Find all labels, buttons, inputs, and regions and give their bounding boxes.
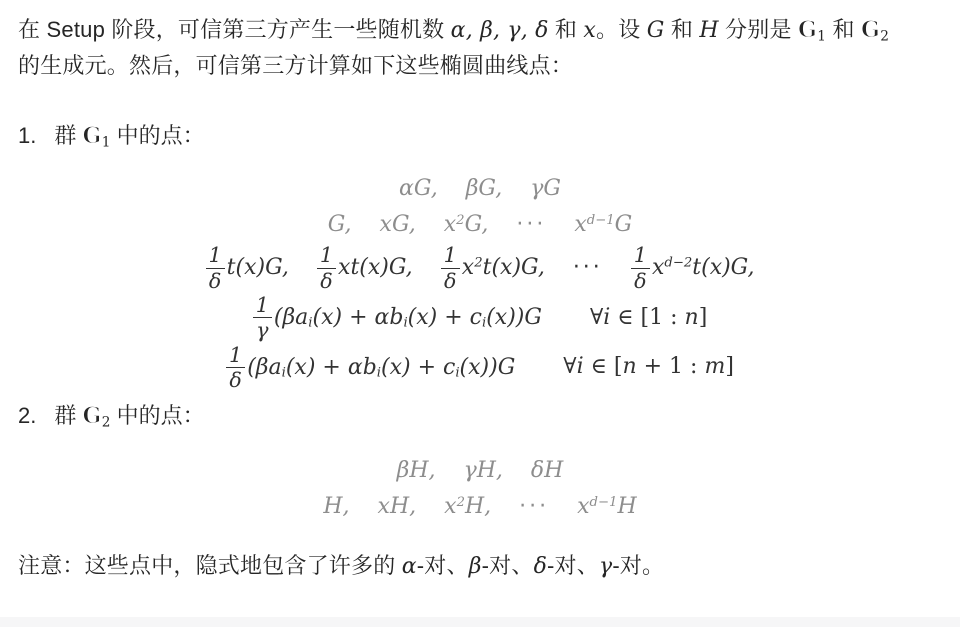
exponent: 2 bbox=[457, 495, 465, 510]
group-G1-symbol: G1 bbox=[798, 17, 826, 42]
cjk-segment: 中的点： bbox=[110, 403, 204, 428]
cjk-segment: 和 bbox=[549, 17, 584, 42]
numerator: 1 bbox=[253, 294, 272, 318]
range-start-var: n bbox=[622, 354, 636, 379]
numerator: 1 bbox=[226, 344, 245, 368]
denominator: δ bbox=[317, 269, 336, 292]
math-row-t-of-x-fractions: 1δt(x)G,1δxt(x)G,1δx2t(x)G,···1δxd−2t(x)… bbox=[0, 244, 960, 292]
cjk-segment: 阶段，可信第三方产生一些随机数 bbox=[105, 17, 451, 42]
cjk-segment: 分别是 bbox=[719, 17, 798, 42]
numerator: 1 bbox=[317, 244, 336, 268]
cjk-segment: 注意：这些点中，隐式地包含了许多的 bbox=[18, 553, 402, 578]
group-G2-symbol: G2 bbox=[861, 17, 889, 42]
close-bracket: ] bbox=[699, 305, 708, 330]
pair-suffix: -对、 bbox=[547, 553, 599, 578]
math-term: βG, bbox=[466, 172, 503, 206]
cjk-segment: 的生成元。然后，可信第三方计算如下这些椭圆曲线点： bbox=[18, 53, 573, 78]
fraction: 1δ bbox=[317, 244, 336, 292]
numerator: 1 bbox=[206, 244, 225, 268]
combination-expression: 1δ(βai(x) + αbi(x) + ci(x))G bbox=[226, 344, 515, 392]
math-term: xd−1H bbox=[577, 490, 637, 524]
exponent: 2 bbox=[456, 213, 464, 228]
segment: (βa bbox=[247, 354, 281, 379]
ellipsis: ··· bbox=[516, 208, 546, 242]
base: x bbox=[652, 255, 664, 280]
tail: t(x)G, bbox=[227, 255, 289, 280]
math-term: γG bbox=[530, 172, 561, 206]
group-G1-symbol: G1 bbox=[82, 123, 110, 148]
segment: (x))G bbox=[460, 354, 516, 379]
math-row-gamma-combination: 1γ(βai(x) + αbi(x) + ci(x))G∀i ∈ [1 : n] bbox=[0, 294, 960, 342]
fraction: 1δ bbox=[226, 344, 245, 392]
forall-symbol: ∀ bbox=[590, 305, 603, 330]
range-start: 1 : bbox=[649, 305, 684, 330]
math-term: αG, bbox=[399, 172, 438, 206]
numerator: 1 bbox=[631, 244, 650, 268]
blackboard-G: G bbox=[82, 123, 101, 149]
range-end-var: m bbox=[704, 354, 725, 379]
pair-suffix: -对。 bbox=[612, 553, 664, 578]
segment: (x) + c bbox=[381, 354, 455, 379]
math-term: xG, bbox=[380, 208, 416, 242]
math-term: 1δxd−2t(x)G, bbox=[631, 244, 755, 292]
numerator: 1 bbox=[441, 244, 460, 268]
math-term: 1δt(x)G, bbox=[206, 244, 289, 292]
math-term: xd−1G bbox=[574, 208, 632, 242]
math-term: γH, bbox=[464, 454, 503, 488]
quantifier-range: ∀i ∈ [n + 1 : m] bbox=[563, 354, 734, 379]
tail: t(x)G, bbox=[483, 255, 545, 280]
in-bracket: ∈ [ bbox=[610, 305, 649, 330]
close-bracket: ] bbox=[725, 354, 734, 379]
bottom-strip bbox=[0, 617, 960, 627]
tail: H bbox=[617, 494, 636, 519]
fraction: 1δ bbox=[631, 244, 650, 292]
fraction: 1δ bbox=[441, 244, 460, 292]
generator-H: H bbox=[699, 18, 718, 43]
cjk-segment: 在 bbox=[18, 17, 47, 42]
greek-beta: β bbox=[469, 554, 482, 579]
blackboard-G: G bbox=[82, 403, 101, 429]
note-paragraph: 注意：这些点中，隐式地包含了许多的 α-对、β-对、δ-对、γ-对。 bbox=[18, 548, 950, 584]
g2-points-math: βH,γH,δH H,xH,x2H,···xd−1H bbox=[0, 452, 960, 526]
quantifier-range: ∀i ∈ [1 : n] bbox=[590, 305, 707, 330]
exponent: d−1 bbox=[590, 495, 618, 510]
math-term: G, bbox=[328, 208, 352, 242]
in-bracket: ∈ [ bbox=[584, 354, 623, 379]
exponent: 2 bbox=[474, 256, 482, 271]
math-row-power-multiples: H,xH,x2H,···xd−1H bbox=[0, 490, 960, 524]
tail: H, bbox=[465, 494, 491, 519]
blackboard-G: G bbox=[861, 17, 880, 43]
pair-suffix: -对、 bbox=[417, 553, 469, 578]
segment: (x))G bbox=[486, 305, 542, 330]
greek-random-vars: α, β, γ, δ bbox=[451, 18, 549, 43]
combination-expression: 1γ(βai(x) + αbi(x) + ci(x))G bbox=[253, 294, 542, 342]
group-subscript: 1 bbox=[817, 28, 826, 44]
item-number: 2. bbox=[18, 402, 36, 431]
setup-word: Setup bbox=[47, 17, 106, 42]
math-term: H, bbox=[323, 490, 349, 524]
fraction: 1δ bbox=[206, 244, 225, 292]
group-G2-symbol: G2 bbox=[82, 403, 110, 428]
base: x bbox=[462, 255, 474, 280]
index-var: i bbox=[577, 354, 584, 379]
item-number: 1. bbox=[18, 122, 36, 151]
denominator: γ bbox=[253, 318, 272, 341]
range-middle: + 1 : bbox=[637, 354, 705, 379]
math-row-greek-multiples: αG,βG,γG bbox=[0, 172, 960, 206]
tail: xt(x)G, bbox=[338, 255, 413, 280]
denominator: δ bbox=[441, 269, 460, 292]
base: x bbox=[577, 494, 589, 519]
denominator: δ bbox=[631, 269, 650, 292]
intro-paragraph: 在 Setup 阶段，可信第三方产生一些随机数 α, β, γ, δ 和 x。设… bbox=[18, 12, 950, 83]
cjk-segment: 和 bbox=[826, 17, 861, 42]
greek-delta: δ bbox=[534, 554, 547, 579]
segment: (x) + αb bbox=[286, 354, 377, 379]
math-term: δH bbox=[531, 454, 563, 488]
greek-alpha: α bbox=[402, 554, 417, 579]
math-row-greek-multiples: βH,γH,δH bbox=[0, 454, 960, 488]
denominator: δ bbox=[226, 368, 245, 391]
blackboard-G: G bbox=[798, 17, 817, 43]
denominator: δ bbox=[206, 269, 225, 292]
item-2-heading: 2.群 G2 中的点： bbox=[18, 402, 205, 432]
math-term: xH, bbox=[378, 490, 417, 524]
tail: t(x)G, bbox=[692, 255, 754, 280]
math-term: x2H, bbox=[444, 490, 491, 524]
document-page: 在 Setup 阶段，可信第三方产生一些随机数 α, β, γ, δ 和 x。设… bbox=[0, 0, 960, 627]
math-term: x2G, bbox=[444, 208, 489, 242]
generator-G: G bbox=[647, 18, 665, 43]
cjk-segment: 。设 bbox=[596, 17, 647, 42]
math-term: 1δx2t(x)G, bbox=[441, 244, 545, 292]
exponent: d−2 bbox=[664, 256, 692, 271]
cjk-segment: 群 bbox=[54, 123, 82, 148]
g1-points-math: αG,βG,γG G,xG,x2G,···xd−1G 1δt(x)G,1δxt(… bbox=[0, 170, 960, 393]
pair-suffix: -对、 bbox=[482, 553, 534, 578]
cjk-segment: 和 bbox=[665, 17, 700, 42]
ellipsis: ··· bbox=[573, 251, 603, 285]
tail: G, bbox=[465, 212, 489, 237]
base: x bbox=[444, 212, 456, 237]
segment: (x) + c bbox=[408, 305, 482, 330]
cjk-segment: 中的点： bbox=[110, 123, 204, 148]
segment: (βa bbox=[274, 305, 308, 330]
greek-gamma: γ bbox=[599, 554, 612, 579]
exponent: d−1 bbox=[587, 213, 615, 228]
ellipsis: ··· bbox=[519, 490, 549, 524]
math-row-power-multiples: G,xG,x2G,···xd−1G bbox=[0, 208, 960, 242]
forall-symbol: ∀ bbox=[563, 354, 576, 379]
base: x bbox=[574, 212, 586, 237]
math-term: βH, bbox=[397, 454, 436, 488]
fraction: 1γ bbox=[253, 294, 272, 342]
group-subscript: 2 bbox=[880, 28, 889, 44]
cjk-segment: 群 bbox=[54, 403, 82, 428]
segment: (x) + αb bbox=[313, 305, 404, 330]
var-x: x bbox=[583, 18, 596, 43]
range-end-var: n bbox=[685, 305, 699, 330]
base: x bbox=[444, 494, 456, 519]
tail: G bbox=[615, 212, 633, 237]
math-term: 1δxt(x)G, bbox=[317, 244, 413, 292]
item-1-heading: 1.群 G1 中的点： bbox=[18, 122, 205, 152]
math-row-delta-combination: 1δ(βai(x) + αbi(x) + ci(x))G∀i ∈ [n + 1 … bbox=[0, 344, 960, 392]
